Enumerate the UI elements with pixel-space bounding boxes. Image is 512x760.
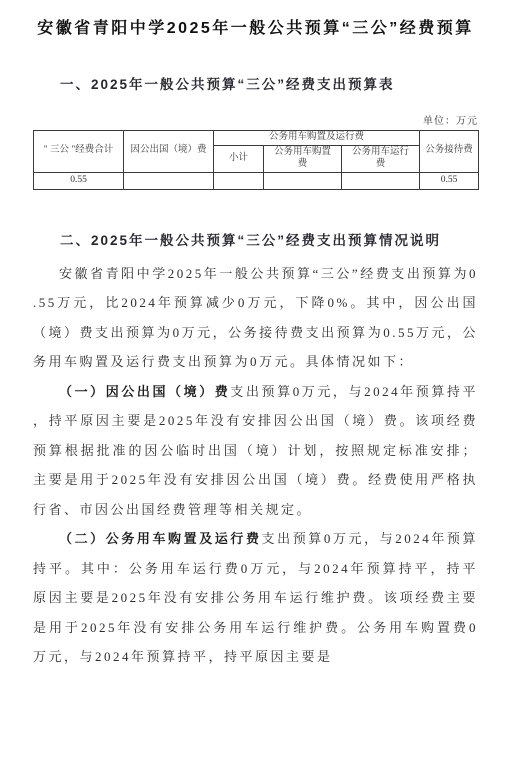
col-header-three-public-total: " 三公 "经费合计 — [34, 131, 124, 173]
cell-vehicle-purchase — [264, 172, 342, 189]
unit-row: 单位：万元 — [33, 112, 478, 127]
overview-paragraph: 安徽省青阳中学2025年一般公共预算“三公”经费支出预算为0.55万元，比202… — [33, 259, 478, 377]
item2-paragraph: （二）公务用车购置及运行费支出预算0万元，与2024年预算持平。其中：公务用车运… — [33, 524, 478, 672]
document-title: 安徽省青阳中学2025年一般公共预算“三公”经费预算 — [33, 13, 478, 44]
item2-body-text: 支出预算0万元，与2024年预算持平。其中：公务用车运行费0万元，与2024年预… — [33, 531, 478, 664]
cell-reception-fee: 0.55 — [420, 172, 479, 189]
unit-label: 单位：万元 — [423, 116, 478, 127]
col-header-reception-fee: 公务接待费 — [420, 131, 479, 173]
cell-three-public-total: 0.55 — [34, 172, 124, 189]
section-2-heading: 二、2025年一般公共预算“三公”经费支出预算情况说明 — [33, 226, 478, 256]
col-header-abroad-fee: 因公出国（境）费 — [124, 131, 214, 173]
document-page: 安徽省青阳中学2025年一般公共预算“三公”经费预算 一、2025年一般公共预算… — [0, 0, 512, 760]
col-header-vehicle-purchase: 公务用车购置费 — [264, 146, 342, 173]
table-data-row: 0.55 0.55 — [34, 172, 479, 189]
item1-body-text: 支出预算0万元，与2024年预算持平，持平原因主要是2025年没有安排因公出国（… — [33, 384, 478, 517]
three-public-budget-table: " 三公 "经费合计 因公出国（境）费 公务用车购置及运行费 公务接待费 小计 … — [33, 130, 479, 190]
col-group-vehicle-purchase-operation: 公务用车购置及运行费 — [214, 131, 420, 146]
col-header-vehicle-operation: 公务用车运行费 — [342, 146, 420, 173]
item1-paragraph: （一）因公出国（境）费支出预算0万元，与2024年预算持平，持平原因主要是202… — [33, 377, 478, 525]
cell-vehicle-operation — [342, 172, 420, 189]
item1-lead: （一）因公出国（境）费 — [59, 384, 230, 399]
col-header-subtotal: 小计 — [214, 146, 264, 173]
cell-abroad-fee — [124, 172, 214, 189]
section-1-heading: 一、2025年一般公共预算“三公”经费支出预算表 — [33, 70, 478, 100]
table-header-row-1: " 三公 "经费合计 因公出国（境）费 公务用车购置及运行费 公务接待费 — [34, 131, 479, 146]
item2-lead: （二）公务用车购置及运行费 — [59, 531, 262, 546]
cell-subtotal — [214, 172, 264, 189]
